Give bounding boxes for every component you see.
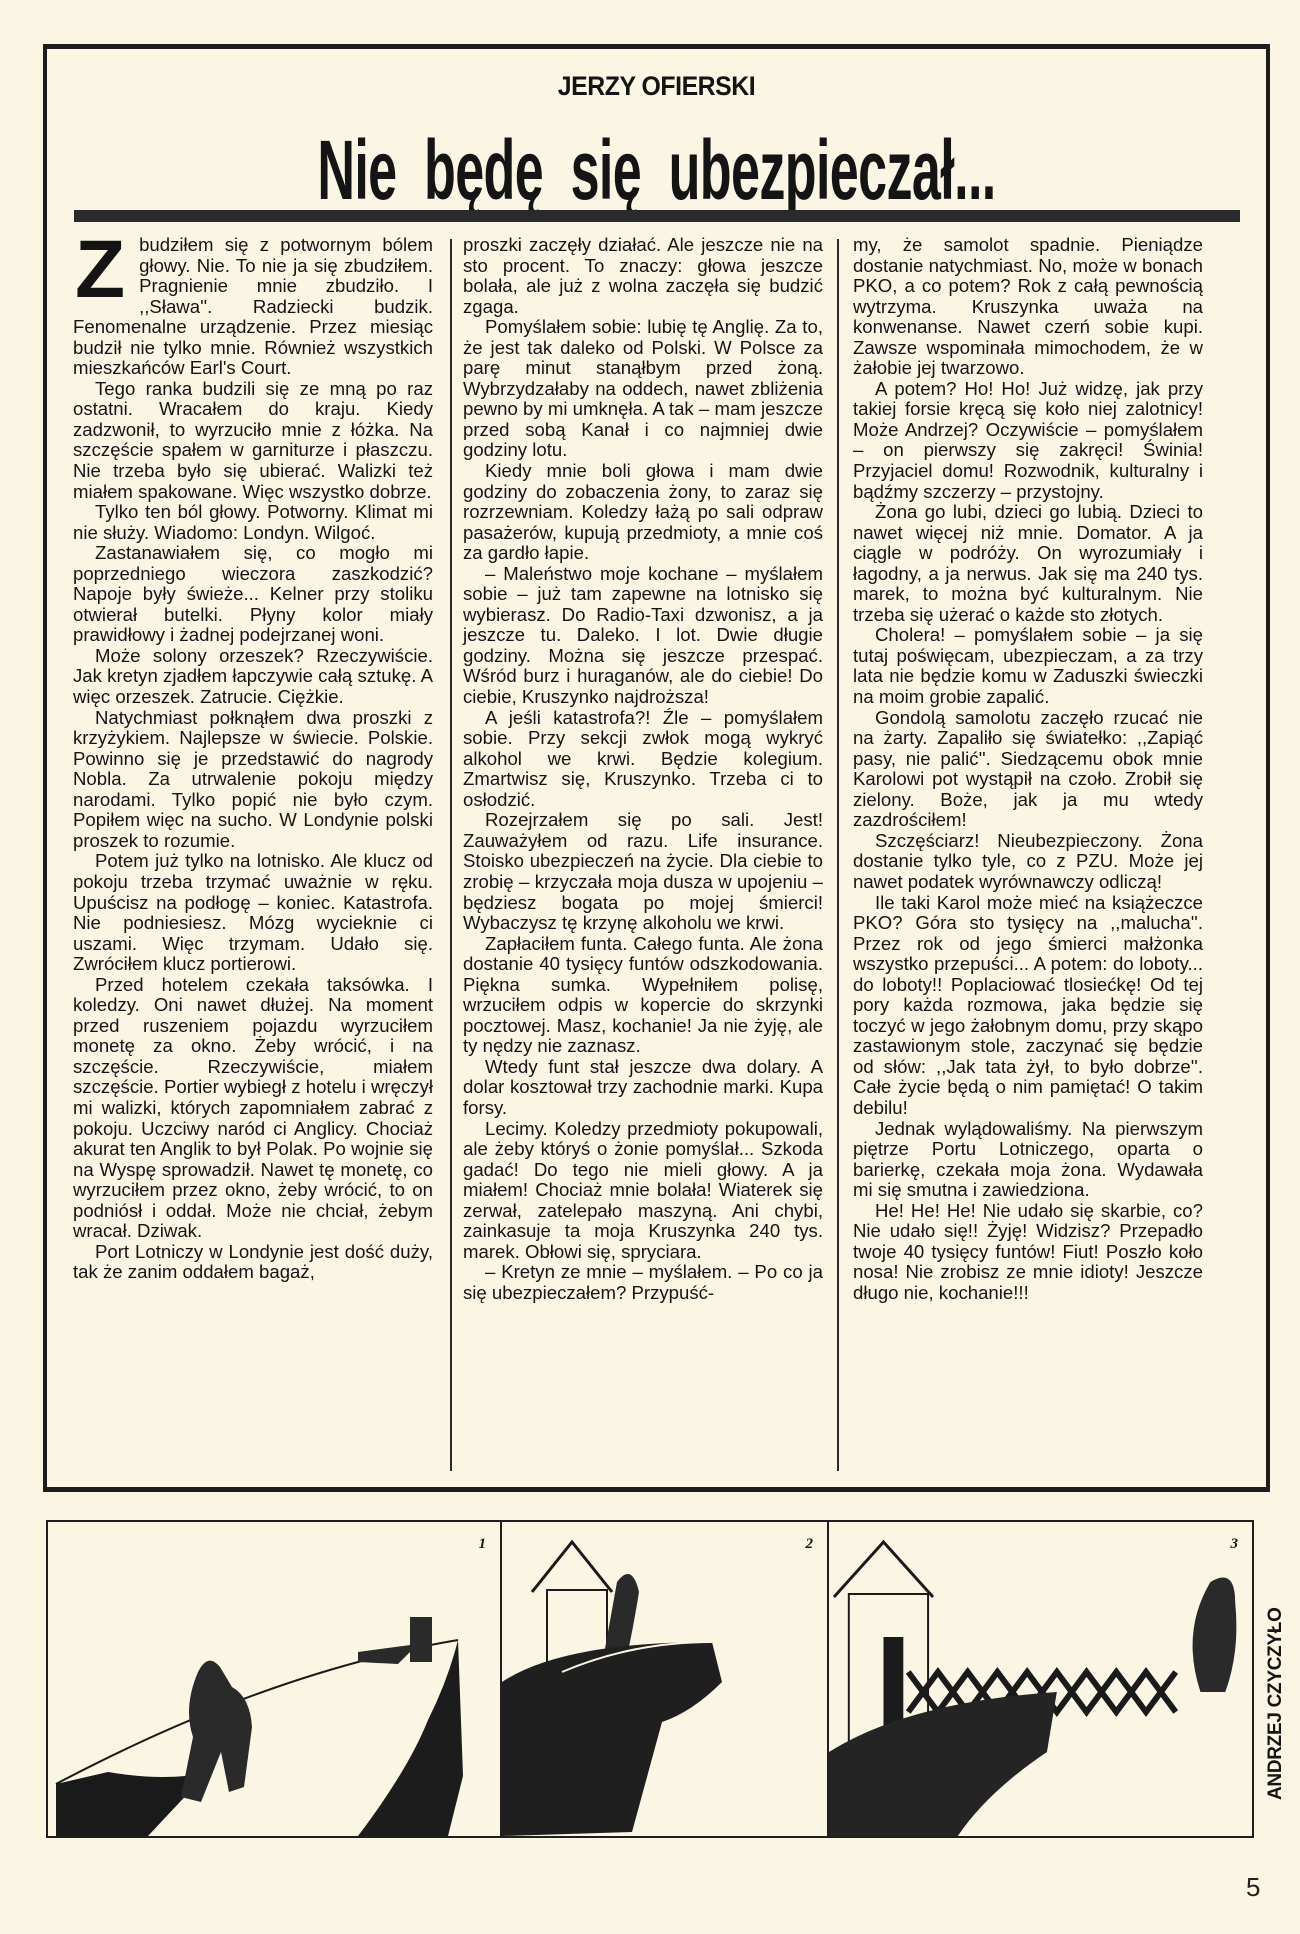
comic-panel-1: 1 bbox=[48, 1522, 502, 1836]
paragraph: Pomyślałem sobie: lubię tę Anglię. Za to… bbox=[463, 317, 823, 461]
paragraph: Zastanawiałem się, co mogło mi poprzedni… bbox=[73, 543, 433, 646]
title-rule bbox=[74, 210, 1240, 222]
paragraph: Port Lotniczy w Londynie jest dość duży,… bbox=[73, 1242, 433, 1283]
paragraph: budziłem się z potwornym bólem głowy. Ni… bbox=[73, 235, 433, 379]
paragraph: Lecimy. Koledzy przedmioty pokupowali, a… bbox=[463, 1119, 823, 1263]
panel-number: 3 bbox=[1231, 1536, 1239, 1553]
paragraph: Rozejrzałem się po sali. Jest! Zauważyłe… bbox=[463, 810, 823, 933]
paragraph: my, że samolot spadnie. Pieniądze dostan… bbox=[853, 235, 1203, 379]
outhouse-rock-illustration-icon bbox=[502, 1522, 827, 1836]
paragraph: Jednak wylądowaliśmy. Na pierwszym piętr… bbox=[853, 1119, 1203, 1201]
paragraph: Gondolą samolotu zaczęło rzucać nie na ż… bbox=[853, 708, 1203, 831]
drop-cap: Z bbox=[75, 239, 125, 301]
extending-hand-outhouse-illustration-icon bbox=[829, 1522, 1252, 1836]
paragraph: – Maleństwo moje kochane – myślałem sobi… bbox=[463, 564, 823, 708]
article-box: JERZY OFIERSKI Nie będę się ubezpieczał.… bbox=[43, 44, 1270, 1492]
article-author: JERZY OFIERSKI bbox=[96, 71, 1217, 102]
paragraph: Potem już tylko na lotnisko. Ale klucz o… bbox=[73, 851, 433, 974]
paragraph: Przed hotelem czekała taksówka. I koledz… bbox=[73, 975, 433, 1242]
paragraph: Zapłaciłem funta. Całego funta. Ale żona… bbox=[463, 934, 823, 1057]
paragraph: Tylko ten ból głowy. Potworny. Klimat mi… bbox=[73, 502, 433, 543]
paragraph: A jeśli katastrofa?! Źle – pomyślałem so… bbox=[463, 708, 823, 811]
illustrator-credit: ANDRZEJ CZYCZYŁO bbox=[1265, 1630, 1289, 1800]
column-divider bbox=[837, 239, 839, 1471]
paragraph: Może solony orzeszek? Rzeczywiście. Jak … bbox=[73, 646, 433, 708]
article-column-2: proszki zaczęły działać. Ale jeszcze nie… bbox=[463, 235, 823, 1303]
paragraph: Szczęściarz! Nieubezpieczony. Żona dosta… bbox=[853, 831, 1203, 893]
paragraph: – Kretyn ze mnie – myślałem. – Po co ja … bbox=[463, 1262, 823, 1303]
comic-panel-2: 2 bbox=[502, 1522, 829, 1836]
paragraph: Kiedy mnie boli głowa i mam dwie godziny… bbox=[463, 461, 823, 564]
paragraph: Cholera! – pomyślałem sobie – ja się tut… bbox=[853, 625, 1203, 707]
page-number: 5 bbox=[1246, 1872, 1260, 1903]
comic-strip: 1 2 3 bbox=[46, 1520, 1254, 1838]
paragraph: A potem? Ho! Ho! Już widzę, jak przy tak… bbox=[853, 379, 1203, 502]
paragraph: Tego ranka budzili się ze mną po raz ost… bbox=[73, 379, 433, 502]
paragraph: Ile taki Karol może mieć na książeczce P… bbox=[853, 893, 1203, 1119]
panel-number: 2 bbox=[806, 1536, 814, 1553]
article-title: Nie będę się ubezpieczał... bbox=[279, 125, 1035, 215]
comic-panel-3: 3 bbox=[829, 1522, 1252, 1836]
article-column-3: my, że samolot spadnie. Pieniądze dostan… bbox=[853, 235, 1203, 1303]
paragraph: Żona go lubi, dzieci go lubią. Dzieci to… bbox=[853, 502, 1203, 625]
column-divider bbox=[450, 239, 452, 1471]
panel-number: 1 bbox=[479, 1536, 487, 1553]
paragraph: Natychmiast połknąłem dwa proszki z krzy… bbox=[73, 708, 433, 852]
paragraph: proszki zaczęły działać. Ale jeszcze nie… bbox=[463, 235, 823, 317]
article-column-1: Z budziłem się z potwornym bólem głowy. … bbox=[73, 235, 433, 1283]
paragraph: Wtedy funt stał jeszcze dwa dolary. A do… bbox=[463, 1057, 823, 1119]
walking-man-cliff-illustration-icon bbox=[48, 1522, 500, 1836]
paragraph: He! He! He! Nie udało się skarbie, co? N… bbox=[853, 1201, 1203, 1304]
